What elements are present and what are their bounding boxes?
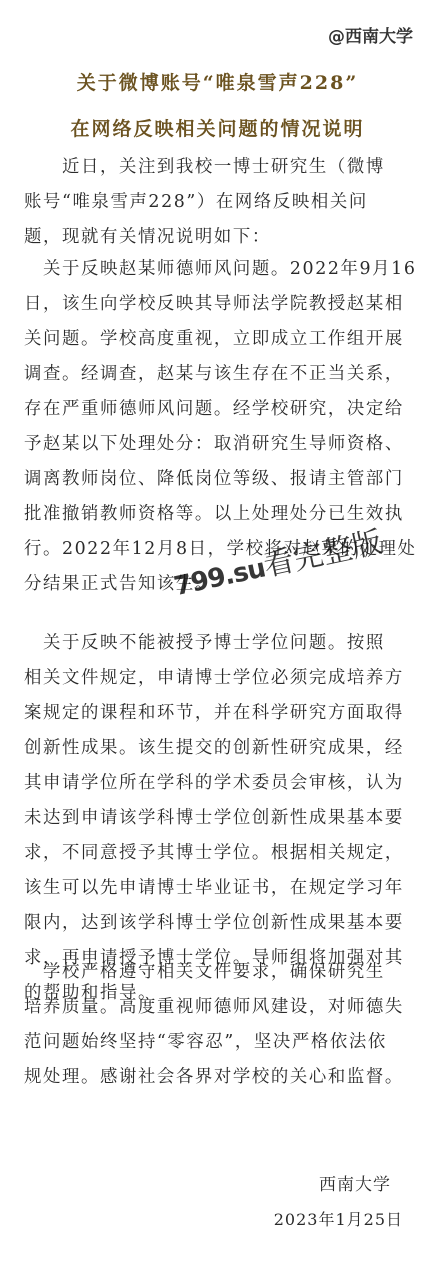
text-line: 其申请学位所在学科的学术委员会审核，认为 (24, 766, 412, 801)
text-line: 创新性成果。该生提交的创新性研究成果，经 (24, 731, 412, 766)
text-line: 相关文件规定，申请博士学位必须完成培养方 (24, 661, 412, 696)
text-line: 调离教师岗位、降低岗位等级、报请主管部门 (24, 462, 412, 497)
text-line: 账号“唯泉雪声228”）在网络反映相关问 (24, 185, 412, 220)
text-line: 予赵某以下处理处分：取消研究生导师资格、 (24, 427, 412, 462)
text-line: 学校严格遵守相关文件要求，确保研究生 (24, 955, 412, 990)
text-line: 存在严重师德师风问题。经学校研究，决定给 (24, 392, 412, 427)
document-title-line1: 关于微博账号“唯泉雪声228” (0, 68, 435, 95)
signature-org: 西南大学 (319, 1170, 391, 1195)
signature-date: 2023年1月25日 (274, 1207, 403, 1230)
text-line: 求，不同意授予其博士学位。根据相关规定， (24, 836, 412, 871)
document-title-line2: 在网络反映相关问题的情况说明 (0, 114, 435, 141)
text-line: 关问题。学校高度重视，立即成立工作组开展 (24, 322, 412, 357)
text-line: 该生可以先申请博士毕业证书，在规定学习年 (24, 871, 412, 906)
paragraph-intro: 近日，关注到我校一博士研究生（微博 账号“唯泉雪声228”）在网络反映相关问 题… (24, 150, 412, 255)
text-line: 案规定的课程和环节，并在科学研究方面取得 (24, 696, 412, 731)
text-line: 题，现就有关情况说明如下： (24, 220, 412, 255)
text-line: 限内，达到该学科博士学位创新性成果基本要 (24, 906, 412, 941)
text-line: 近日，关注到我校一博士研究生（微博 (24, 150, 412, 185)
paragraph-closing: 学校严格遵守相关文件要求，确保研究生 培养质量。高度重视师德师风建设，对师德失 … (24, 955, 412, 1095)
weibo-handle: @西南大学 (328, 22, 413, 47)
text-line: 关于反映赵某师德师风问题。2022年9月16 (24, 252, 412, 287)
text-line: 规处理。感谢社会各界对学校的关心和监督。 (24, 1060, 412, 1095)
text-line: 培养质量。高度重视师德师风建设，对师德失 (24, 990, 412, 1025)
text-line: 关于反映不能被授予博士学位问题。按照 (24, 626, 412, 661)
text-line: 日，该生向学校反映其导师法学院教授赵某相 (24, 287, 412, 322)
paragraph-degree: 关于反映不能被授予博士学位问题。按照 相关文件规定，申请博士学位必须完成培养方 … (24, 626, 412, 1011)
text-line: 范问题始终坚持“零容忍”，坚决严格依法依 (24, 1025, 412, 1060)
text-line: 调查。经调查，赵某与该生存在不正当关系， (24, 357, 412, 392)
text-line: 未达到申请该学科博士学位创新性成果基本要 (24, 801, 412, 836)
